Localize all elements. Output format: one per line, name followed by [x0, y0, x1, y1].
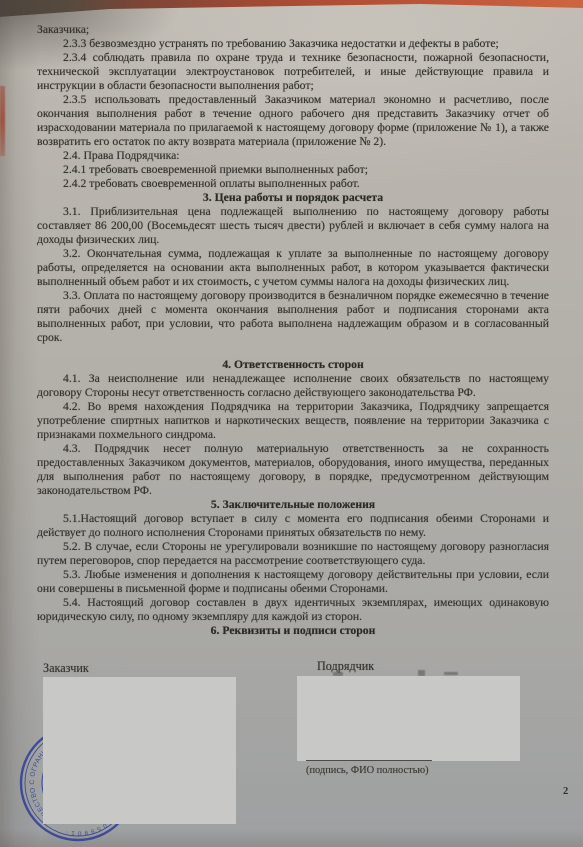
customer-label: Заказчик [43, 661, 89, 676]
contract-body-text: Заказчика;2.3.3 безвозмездно устранять п… [37, 23, 549, 638]
paragraph: 3.3. Оплата по настоящему договору произ… [37, 289, 549, 345]
paragraph: 2.4.1 требовать своевременной приемки вы… [37, 163, 549, 177]
paragraph: 4.1. За неисполнение или ненадлежащее ис… [37, 372, 549, 400]
redacted-customer-details [43, 677, 236, 824]
contractor-label: Подрядчик [317, 659, 374, 674]
signature-caption: (подпись, ФИО полностью) [306, 765, 446, 776]
paragraph: 2.3.5 использовать предоставленный Заказ… [37, 93, 549, 149]
paragraph: 5.2. В случае, если Стороны не урегулиро… [37, 540, 549, 568]
paragraph: 3.1. Приблизительная цена подлежащей вып… [37, 205, 549, 247]
paragraph: 4.3. Подрядчик несет полную материальную… [37, 442, 549, 498]
page-number: 2 [563, 786, 568, 797]
paragraph: 5.3. Любые изменения и дополнения к наст… [37, 568, 549, 596]
paragraph: 2.3.4 соблюдать правила по охране труда … [37, 51, 549, 93]
paragraph: 5.1.Настоящий договор вступает в силу с … [37, 512, 549, 540]
section-heading: 4. Ответственность сторон [37, 358, 549, 372]
photo-background-left-sliver [0, 86, 5, 156]
paragraph: 5.4. Настоящий договор составлен в двух … [37, 596, 549, 624]
section-heading: 5. Заключительные положения [37, 498, 549, 512]
covered-text-fragment [444, 672, 458, 675]
paragraph: 2.4. Права Подрядчика: [37, 149, 549, 163]
paragraph: Заказчика; [37, 23, 549, 37]
scanned-contract-page: Заказчика;2.3.3 безвозмездно устранять п… [0, 0, 583, 847]
paragraph: 2.4.2 требовать своевременной оплаты вып… [37, 177, 549, 191]
redacted-contractor-details [297, 676, 520, 761]
signature-line [306, 760, 432, 761]
section-heading: 3. Цена работы и порядок расчета [37, 191, 549, 205]
section-heading: 6. Реквизиты и подписи сторон [37, 624, 549, 638]
paragraph: 3.2. Окончательная сумма, подлежащая к у… [37, 247, 549, 289]
paragraph: 2.3.3 безвозмездно устранять по требован… [37, 37, 549, 51]
paragraph: 4.2. Во время нахождения Подрядчика на т… [37, 400, 549, 442]
